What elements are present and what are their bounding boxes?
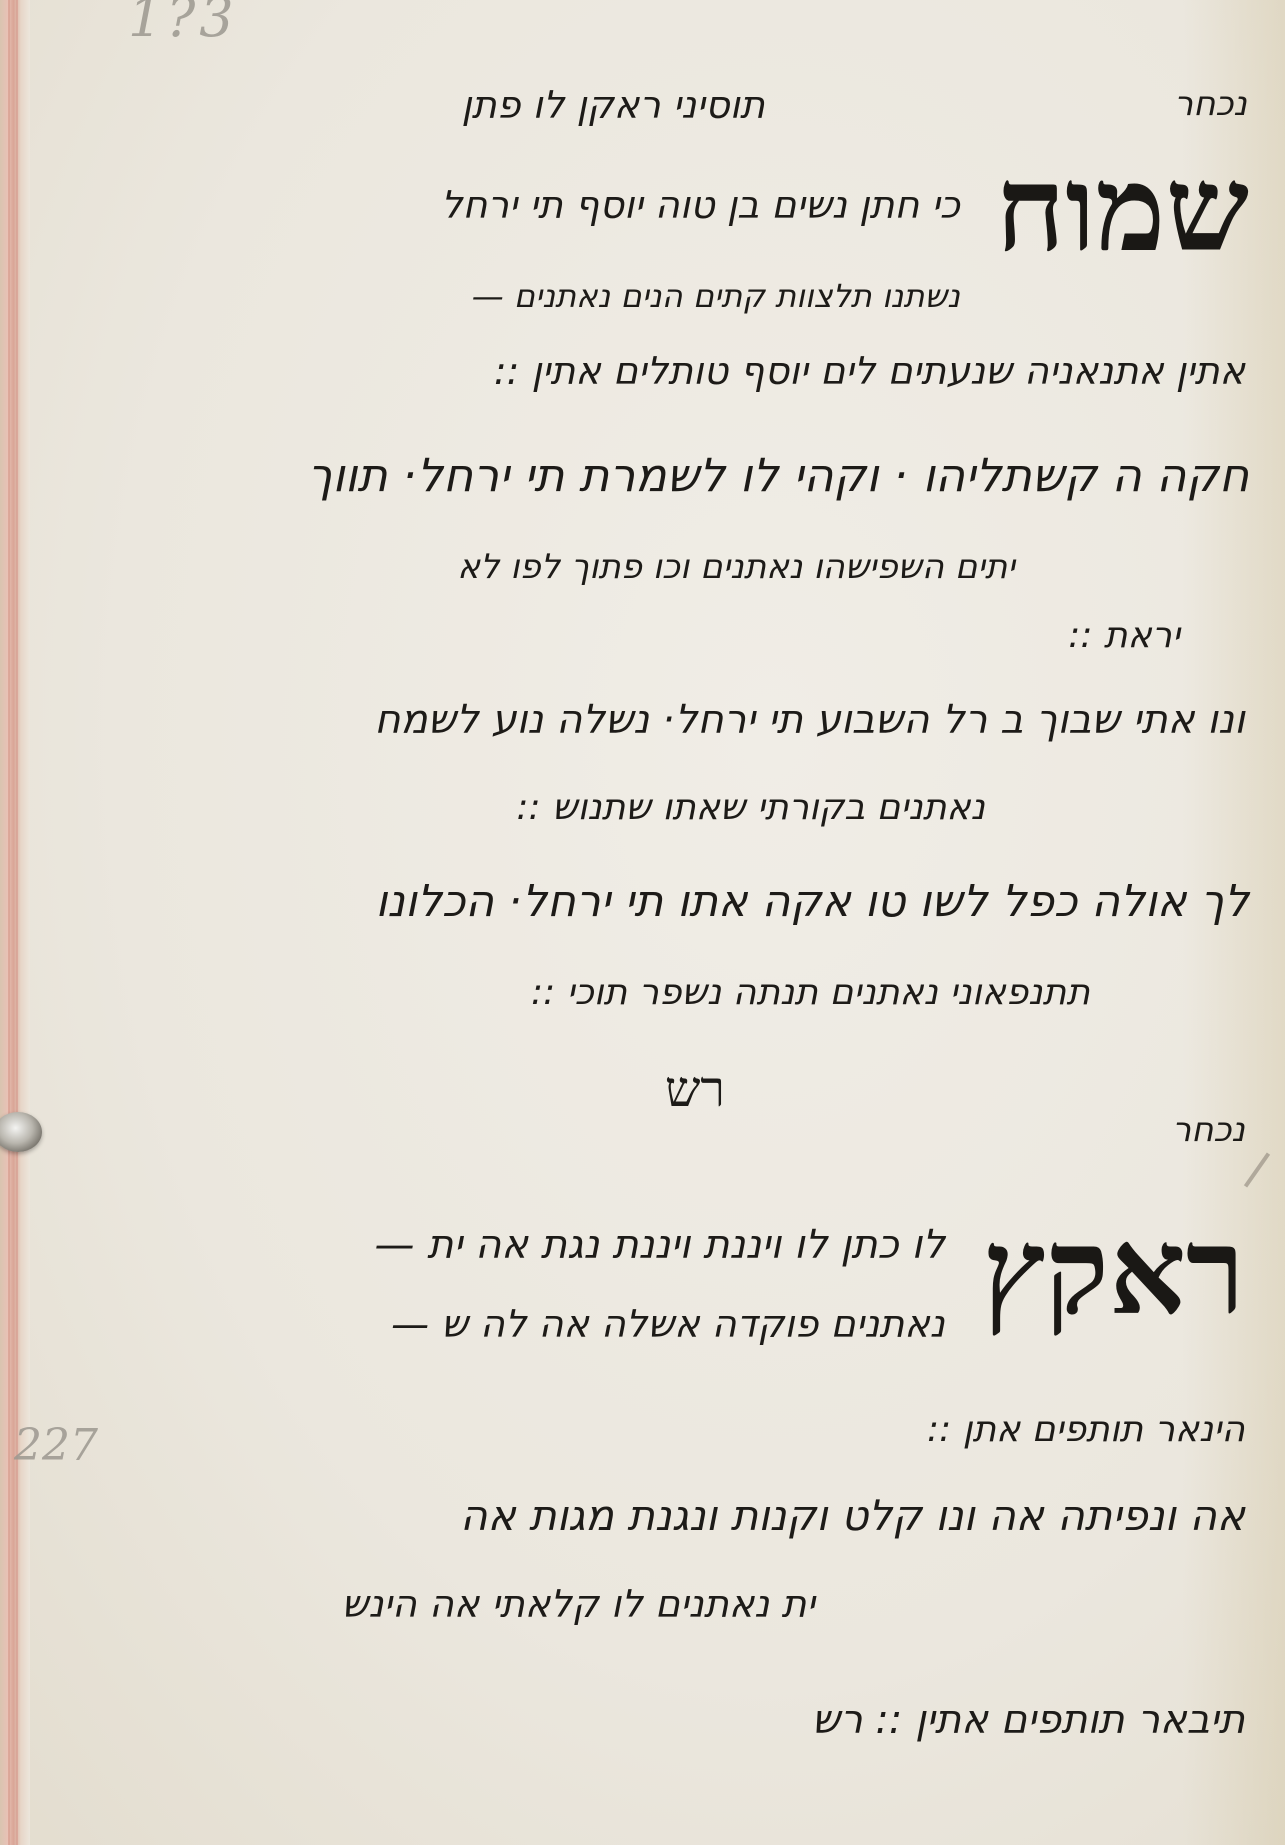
- edge-stripe: [8, 0, 10, 1845]
- stray-mark: [1244, 1152, 1270, 1187]
- text-line: אה ונפיתה אה ונו קלט וקנות ונגנת מגות אה: [460, 1495, 1245, 1537]
- binding-edge: [0, 0, 30, 1845]
- section1-title-line: תוסיני ראקן לו פתן: [461, 86, 765, 124]
- text-line: תיבאר תותפים אתין :: רש: [812, 1700, 1245, 1740]
- text-line: אתין אתנאניה שנעתים לים יוסף טותלים אתין…: [494, 352, 1245, 390]
- text-line: כי חתן נשים בן טוה יוסף תי ירחל: [441, 186, 960, 224]
- binding-ring-icon: [0, 1112, 42, 1152]
- text-line: יראת ::: [1068, 618, 1180, 654]
- folio-number: 1?3: [128, 0, 238, 49]
- text-line: תתנפאוני נאתנים תנתה נשפר תוכי ::: [531, 975, 1090, 1011]
- closing-mark: רש: [665, 1060, 725, 1118]
- text-line: לו כתן לו ויננת ויננת נגת אה ית —: [374, 1225, 945, 1265]
- section1-headword: שמוח: [995, 150, 1249, 268]
- text-line: נשתנו תלצוות קתים הנים נאתנים —: [472, 280, 960, 312]
- text-line: ונו אתי שבוך ב רל השבוע תי ירחל· נשלה נו…: [374, 700, 1245, 740]
- text-line: הינאר תותפים אתן ::: [927, 1412, 1245, 1448]
- text-line: חקה ה קשתליהו · וקהי לו לשמרת תי ירחל· ת…: [308, 452, 1249, 498]
- text-line: לך אולה כפל לשו טו אקה אתו תי ירחל· הכלו…: [375, 880, 1249, 924]
- text-line: נאתנים פוקדה אשלה אה לה ש —: [391, 1305, 945, 1343]
- edge-stripe: [16, 0, 18, 1845]
- section1-label: נכחר: [1174, 84, 1247, 124]
- section2-label: נכחר: [1172, 1110, 1245, 1150]
- section2-headword: ראקץ: [982, 1212, 1245, 1332]
- text-line: נאתנים בקורתי שאתו שתנוש ::: [516, 790, 985, 826]
- text-line: ית נאתנים לו קלאתי אה הינש: [342, 1585, 815, 1623]
- margin-note: 227: [14, 1420, 98, 1471]
- text-line: יתים השפישהו נאתנים וכו פתוך לפו לא: [457, 550, 1015, 584]
- manuscript-page: 1?3 227 נכחר תוסיני ראקן לו פתן שמוח כי …: [0, 0, 1285, 1845]
